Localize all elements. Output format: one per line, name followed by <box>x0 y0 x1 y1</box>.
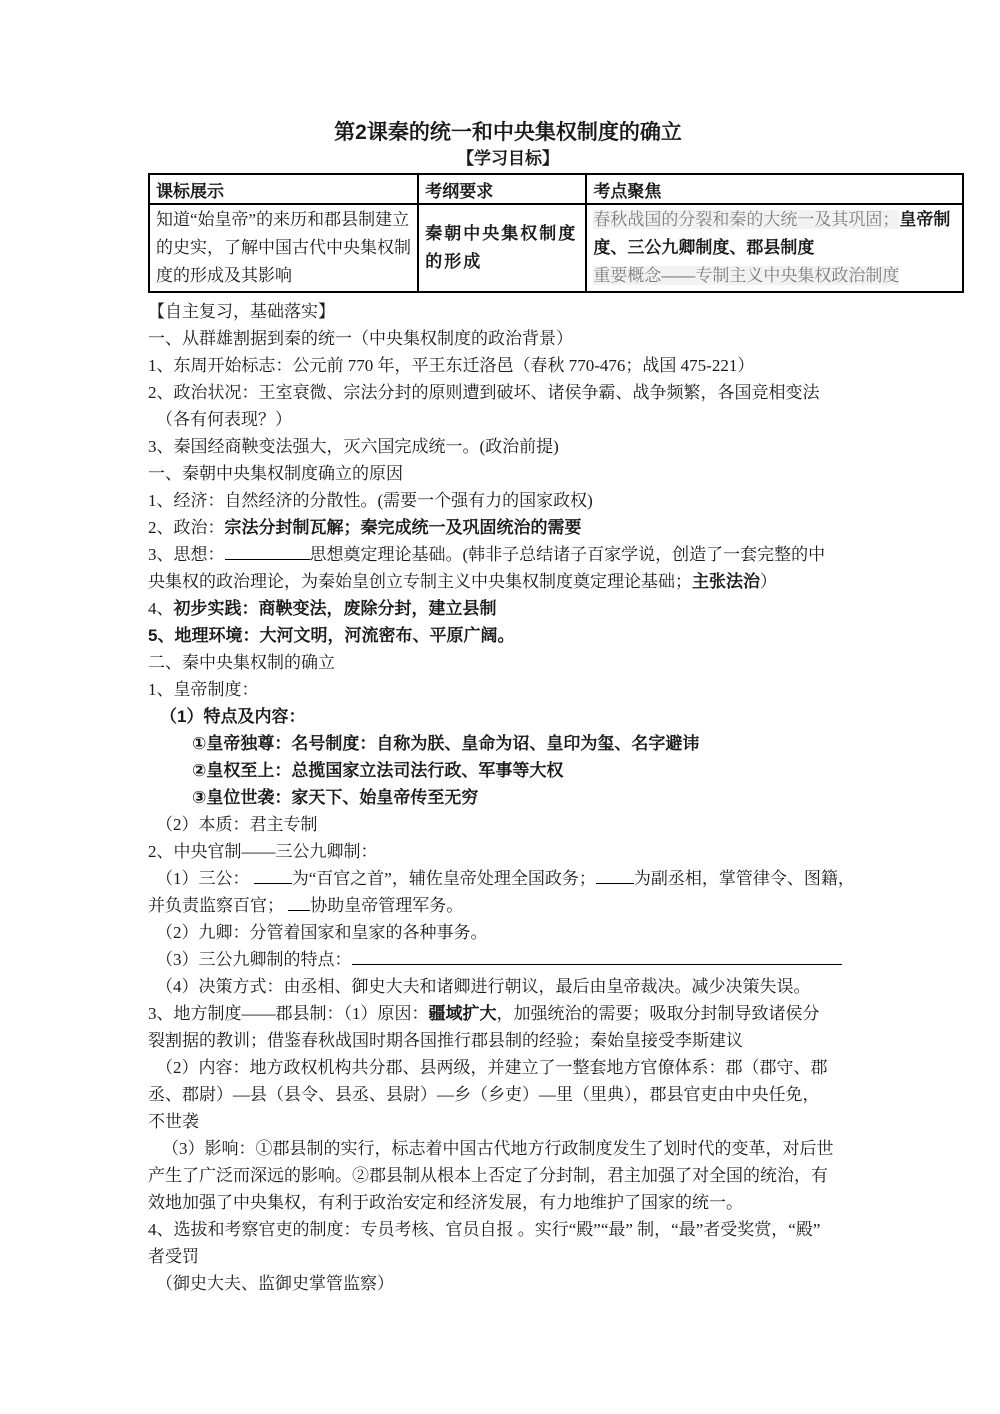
regular-text: 【自主复习，基础落实】 <box>148 302 335 321</box>
bold-text: 疆域扩大 <box>429 1004 497 1023</box>
regular-text: 央集权的政治理论，为秦始皇创立专制主义中央集权制度奠定理论基础； <box>148 572 692 591</box>
document-body: 【自主复习，基础落实】一、从群雄割据到秦的统一（中央集权制度的政治背景）1、东周… <box>148 298 868 1297</box>
cell-exam-focus: 春秋战国的分裂和秦的大统一及其巩固；皇帝制度、三公九卿制度、郡县制度 重要概念—… <box>586 204 963 292</box>
regular-text: 裂割据的教训；借鉴春秋战国时期各国推行郡县制的经验；秦始皇接受李斯建议 <box>148 1031 743 1050</box>
text-line: 二、秦中央集权制的确立 <box>148 649 868 676</box>
regular-text: 产生了广泛而深远的影响。②郡县制从根本上否定了分封制，君主加强了对全国的统治，有 <box>148 1166 828 1185</box>
section-heading-learning-goals: 【学习目标】 <box>148 148 868 170</box>
text-line: 2、中央官制——三公九卿制： <box>148 838 868 865</box>
text-line: 并负责监察百官； 协助皇帝管理军务。 <box>148 892 868 919</box>
bold-text: 初步实践：商鞅变法，废除分封，建立县制 <box>174 599 497 618</box>
table-header-focus: 考点聚焦 <box>586 174 963 204</box>
bold-text: （1）特点及内容： <box>160 707 305 726</box>
bold-text: ②皇权至上：总揽国家立法司法行政、军事等大权 <box>192 761 563 780</box>
text-line: ③皇位世袭：家天下、始皇帝传至无穷 <box>148 784 868 811</box>
text-line: 一、秦朝中央集权制度确立的原因 <box>148 460 868 487</box>
cell-exam-outline: 秦朝中央集权制度的形成 <box>418 204 586 292</box>
regular-text: 者受罚 <box>148 1247 199 1266</box>
regular-text: 1、经济：自然经济的分散性。(需要一个强有力的国家政权) <box>148 491 593 510</box>
text-line: 4、选拔和考察官吏的制度：专员考核、官员自报 。实行“殿”“最” 制，“最”者受… <box>148 1216 868 1243</box>
regular-text: （2）本质：君主专制 <box>156 815 318 834</box>
text-line: 3、地方制度——郡县制：（1）原因：疆域扩大，加强统治的需要；吸取分封制导致诸侯… <box>148 1000 868 1027</box>
regular-text: （3）三公九卿制的特点： <box>156 950 352 969</box>
bold-text: 主张法治 <box>692 572 760 591</box>
bold-text: 宗法分封制瓦解；秦完成统一及巩固统治的需要 <box>225 518 582 537</box>
regular-text: 3、秦国经商鞅变法强大，灭六国完成统一。(政治前提) <box>148 437 559 456</box>
text-line: 丞、郡尉）—县（县令、县丞、县尉）—乡（乡吏）—里（里典），郡县官吏由中央任免， <box>148 1081 868 1108</box>
regular-text: 协助皇帝管理军务。 <box>310 896 463 915</box>
learning-goals-table: 课标展示 考纲要求 考点聚焦 知道“始皇帝”的来历和郡县制建立的史实，了解中国古… <box>148 173 964 293</box>
document-page: 第2课秦的统一和中央集权制度的确立 【学习目标】 课标展示 考纲要求 考点聚焦 … <box>0 0 1000 1414</box>
regular-text: 不世袭 <box>148 1112 199 1131</box>
regular-text: 2、政治状况：王室衰微、宗法分封的原则遭到破坏、诸侯争霸、战争频繁，各国竞相变法 <box>148 383 820 402</box>
regular-text: （4）决策方式：由丞相、御史大夫和诸卿进行朝议，最后由皇帝裁决。减少决策失误。 <box>156 977 811 996</box>
regular-text: ） <box>760 572 777 591</box>
text-line: ②皇权至上：总揽国家立法司法行政、军事等大权 <box>148 757 868 784</box>
regular-text: （2）内容：地方政权机构共分郡、县两级，并建立了一整套地方官僚体系：郡（郡守、郡 <box>156 1058 828 1077</box>
regular-text: ，加强统治的需要；吸取分封制导致诸侯分 <box>497 1004 820 1023</box>
text-line: 效地加强了中央集权，有利于政治安定和经济发展，有力地维护了国家的统一。 <box>148 1189 868 1216</box>
blank-underline <box>254 868 292 884</box>
text-line: （2）内容：地方政权机构共分郡、县两级，并建立了一整套地方官僚体系：郡（郡守、郡 <box>148 1054 868 1081</box>
blank-underline <box>596 868 634 884</box>
regular-text: 丞、郡尉）—县（县令、县丞、县尉）—乡（乡吏）—里（里典），郡县官吏由中央任免， <box>148 1085 820 1104</box>
text-line: （3）三公九卿制的特点： <box>148 946 868 973</box>
bold-text: ①皇帝独尊：名号制度：自称为朕、皇命为诏、皇印为玺、名字避讳 <box>192 734 699 753</box>
text-line: 【自主复习，基础落实】 <box>148 298 868 325</box>
document-content: 第2课秦的统一和中央集权制度的确立 【学习目标】 课标展示 考纲要求 考点聚焦 … <box>148 120 964 1297</box>
regular-text: 一、秦朝中央集权制度确立的原因 <box>148 464 403 483</box>
regular-text: 为“百官之首”，辅佐皇帝处理全国政务； <box>292 869 596 888</box>
regular-text: 3、地方制度——郡县制：（1）原因： <box>148 1004 429 1023</box>
text-line: （1）三公： 为“百官之首”，辅佐皇帝处理全国政务；为副丞相，掌管律令、图籍， <box>148 865 868 892</box>
regular-text: 二、秦中央集权制的确立 <box>148 653 335 672</box>
blank-underline <box>352 949 842 965</box>
regular-text: 4、 <box>148 599 174 618</box>
regular-text: （1）三公： <box>156 869 254 888</box>
text-line: 2、政治状况：王室衰微、宗法分封的原则遭到破坏、诸侯争霸、战争频繁，各国竞相变法 <box>148 379 868 406</box>
text-line: 5、地理环境：大河文明，河流密布、平原广阔。 <box>148 622 868 649</box>
regular-text: 2、中央官制——三公九卿制： <box>148 842 378 861</box>
text-line: 3、秦国经商鞅变法强大，灭六国完成统一。(政治前提) <box>148 433 868 460</box>
regular-text: （各有何表现？） <box>156 410 292 429</box>
focus-gray-text-1: 春秋战国的分裂和秦的大统一及其巩固； <box>593 210 899 229</box>
text-line: （各有何表现？） <box>148 406 868 433</box>
text-line: 1、东周开始标志：公元前 770 年，平王东迁洛邑（春秋 770-476；战国 … <box>148 352 868 379</box>
text-line: 裂割据的教训；借鉴春秋战国时期各国推行郡县制的经验；秦始皇接受李斯建议 <box>148 1027 868 1054</box>
text-line: 一、从群雄割据到秦的统一（中央集权制度的政治背景） <box>148 325 868 352</box>
text-line: 产生了广泛而深远的影响。②郡县制从根本上否定了分封制，君主加强了对全国的统治，有 <box>148 1162 868 1189</box>
text-line: （2）九卿：分管着国家和皇家的各种事务。 <box>148 919 868 946</box>
regular-text: 2、政治： <box>148 518 225 537</box>
text-line: 不世袭 <box>148 1108 868 1135</box>
page-title: 第2课秦的统一和中央集权制度的确立 <box>148 120 868 146</box>
text-line: ①皇帝独尊：名号制度：自称为朕、皇命为诏、皇印为玺、名字避讳 <box>148 730 868 757</box>
table-header-outline: 考纲要求 <box>418 174 586 204</box>
table-header-standard: 课标展示 <box>149 174 418 204</box>
text-line: 3、思想：思想奠定理论基础。(韩非子总结诸子百家学说，创造了一套完整的中 <box>148 541 868 568</box>
regular-text: 1、东周开始标志：公元前 770 年，平王东迁洛邑（春秋 770-476；战国 … <box>148 356 754 375</box>
regular-text: 效地加强了中央集权，有利于政治安定和经济发展，有力地维护了国家的统一。 <box>148 1193 743 1212</box>
regular-text: 为副丞相，掌管律令、图籍， <box>634 869 855 888</box>
text-line: 1、皇帝制度： <box>148 676 868 703</box>
text-line: （御史大夫、监御史掌管监察） <box>148 1270 868 1297</box>
regular-text: 3、思想： <box>148 545 225 564</box>
text-line: 央集权的政治理论，为秦始皇创立专制主义中央集权制度奠定理论基础；主张法治） <box>148 568 868 595</box>
text-line: 2、政治：宗法分封制瓦解；秦完成统一及巩固统治的需要 <box>148 514 868 541</box>
text-line: 1、经济：自然经济的分散性。(需要一个强有力的国家政权) <box>148 487 868 514</box>
text-line: （1）特点及内容： <box>148 703 868 730</box>
blank-underline <box>225 544 310 560</box>
regular-text: （2）九卿：分管着国家和皇家的各种事务。 <box>156 923 488 942</box>
regular-text: （3）影响：①郡县制的实行，标志着中国古代地方行政制度发生了划时代的变革，对后世 <box>162 1139 834 1158</box>
regular-text: （御史大夫、监御史掌管监察） <box>156 1274 394 1293</box>
cell-curriculum-standard: 知道“始皇帝”的来历和郡县制建立的史实，了解中国古代中央集权制度的形成及其影响 <box>149 204 418 292</box>
text-line: （3）影响：①郡县制的实行，标志着中国古代地方行政制度发生了划时代的变革，对后世 <box>148 1135 868 1162</box>
text-line: （2）本质：君主专制 <box>148 811 868 838</box>
regular-text: 一、从群雄割据到秦的统一（中央集权制度的政治背景） <box>148 329 573 348</box>
focus-gray-text-2: 重要概念——专制主义中央集权政治制度 <box>593 266 899 285</box>
regular-text: 并负责监察百官； <box>148 896 288 915</box>
regular-text: 思想奠定理论基础。(韩非子总结诸子百家学说，创造了一套完整的中 <box>310 545 826 564</box>
regular-text: 1、皇帝制度： <box>148 680 259 699</box>
text-line: 者受罚 <box>148 1243 868 1270</box>
bold-text: ③皇位世袭：家天下、始皇帝传至无穷 <box>192 788 478 807</box>
blank-underline <box>288 895 310 911</box>
table-header-row: 课标展示 考纲要求 考点聚焦 <box>149 174 963 204</box>
table-row: 知道“始皇帝”的来历和郡县制建立的史实，了解中国古代中央集权制度的形成及其影响 … <box>149 204 963 292</box>
text-line: 4、初步实践：商鞅变法，废除分封，建立县制 <box>148 595 868 622</box>
regular-text: 4、选拔和考察官吏的制度：专员考核、官员自报 。实行“殿”“最” 制，“最”者受… <box>148 1220 820 1239</box>
bold-text: 5、地理环境：大河文明，河流密布、平原广阔。 <box>148 626 514 645</box>
text-line: （4）决策方式：由丞相、御史大夫和诸卿进行朝议，最后由皇帝裁决。减少决策失误。 <box>148 973 868 1000</box>
